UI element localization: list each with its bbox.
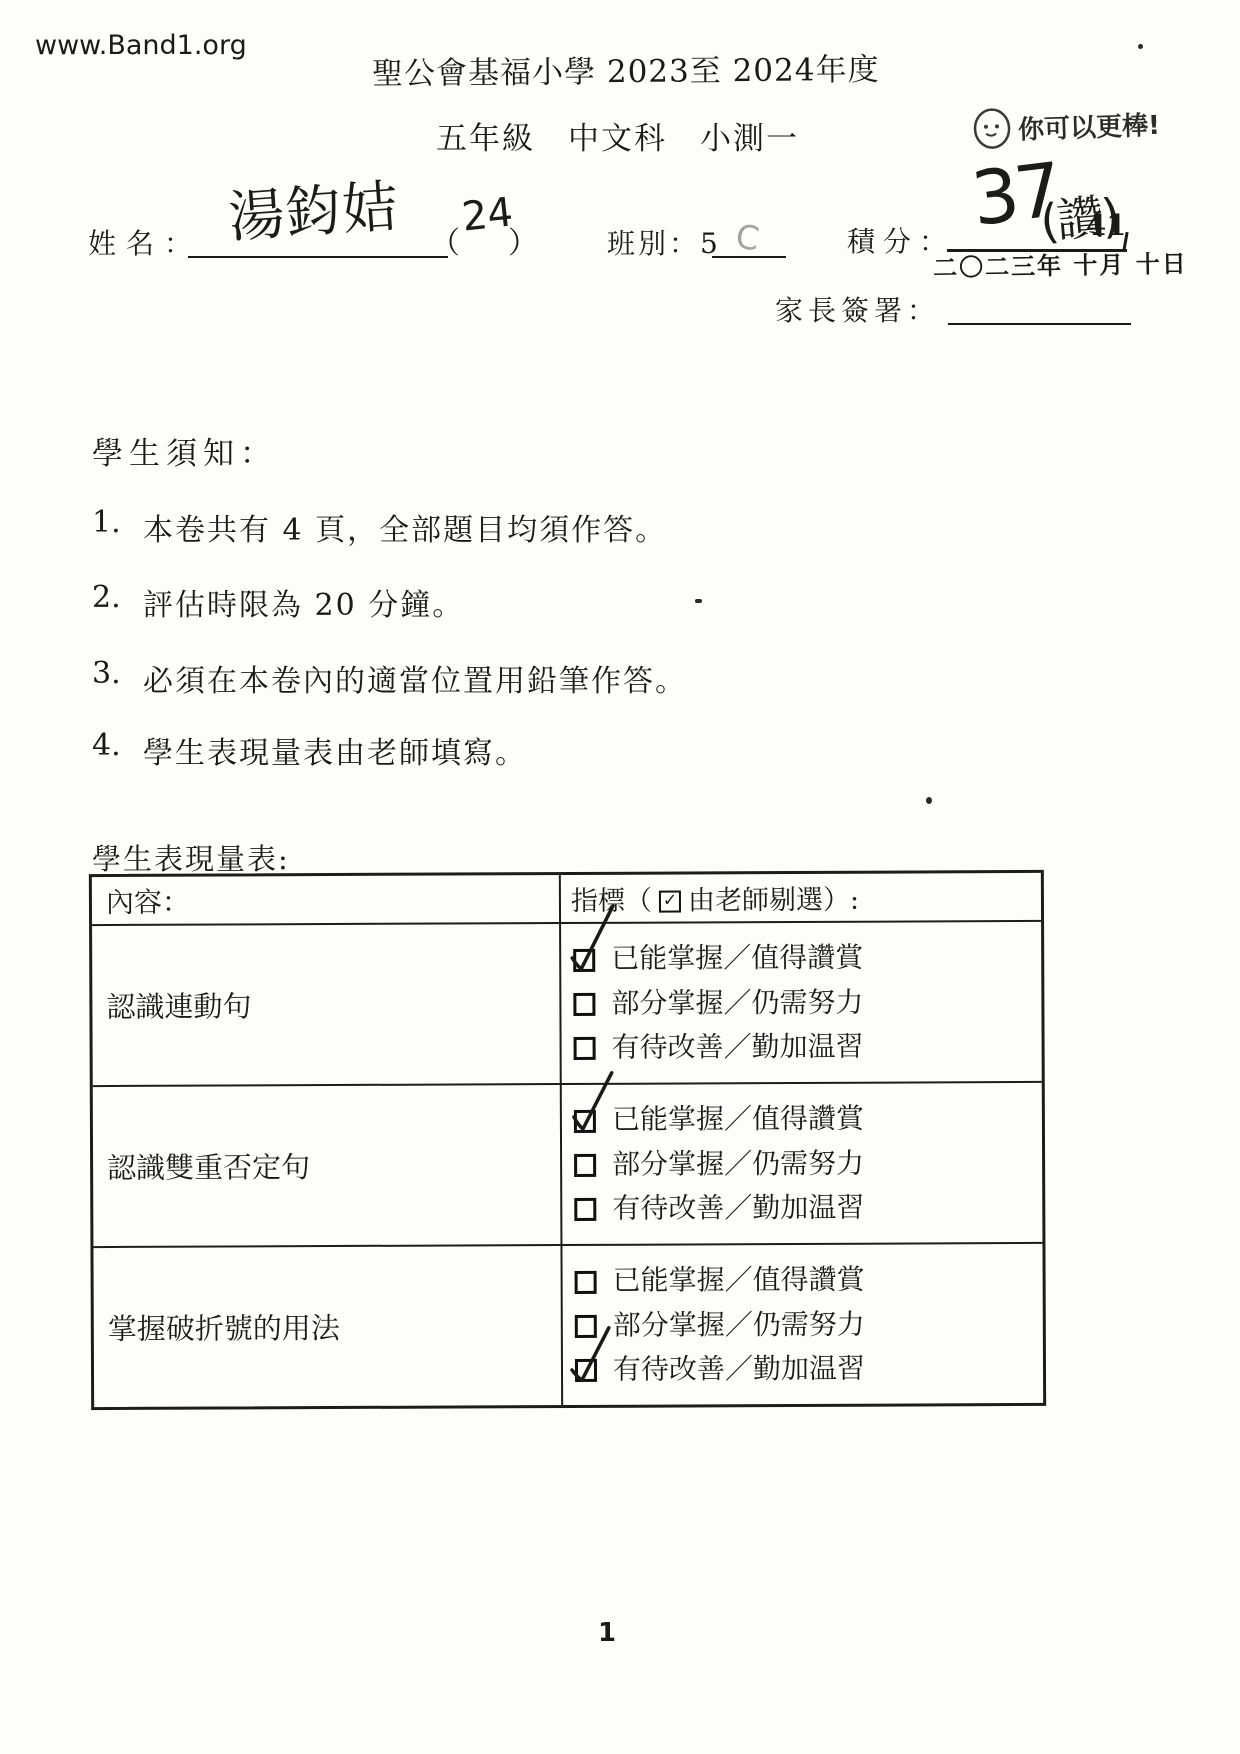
scan-artifact-mark [926, 797, 932, 804]
option-label: 已能掌握／值得讚賞 [611, 936, 863, 977]
handwritten-name: 湯鈞姞 [225, 162, 401, 254]
notice-item-1-number: 1. [92, 505, 121, 540]
option-label: 部分掌握／仍需努力 [611, 980, 863, 1021]
rubric-option: 有待改善／勤加温習 [575, 1349, 1043, 1385]
rubric-option: 部分掌握／仍需努力 [573, 982, 1041, 1018]
student-number-paren-close: ） [508, 218, 538, 262]
rubric-option: 部分掌握／仍需努力 [574, 1143, 1042, 1179]
student-number-paren-open: （ [430, 218, 460, 262]
checkbox-icon [575, 1268, 597, 1291]
option-label: 部分掌握／仍需努力 [612, 1141, 864, 1182]
handwritten-tick-icon [568, 1061, 620, 1137]
parent-signature-label: 家長簽署： [775, 289, 940, 329]
name-underline [188, 256, 448, 258]
checkbox-icon [574, 1151, 596, 1174]
rubric-row-3-label: 掌握破折號的用法 [108, 1306, 340, 1348]
handwritten-tick-icon [567, 900, 619, 976]
notice-item-2-text: 評估時限為 20 分鐘。 [143, 580, 464, 624]
rubric-option: 有待改善／勤加温習 [574, 1027, 1042, 1063]
exam-paper-scan: www.Band1.org 聖公會基福小學 2023至 2024年度 五年級 中… [0, 0, 1240, 1754]
checkbox-icon [575, 1356, 597, 1379]
notice-item-1-text: 本卷共有 4 頁，全部題目均須作答。 [143, 505, 667, 549]
rubric-row-content: 掌握破折號的用法 [93, 1244, 561, 1407]
rubric-option: 已能掌握／值得讚賞 [574, 1099, 1042, 1135]
smiley-face-icon [971, 107, 1012, 150]
rubric-title: 學生表現量表: [92, 837, 290, 878]
notice-item-4-text: 學生表現量表由老師填寫。 [143, 728, 527, 772]
rubric-header-content: 內容： [92, 875, 559, 924]
class-label: 班別：5 [607, 222, 721, 262]
notice-item-4-number: 4. [92, 728, 121, 763]
watermark: www.Band1.org [35, 30, 247, 61]
handwritten-tick-icon [569, 1310, 621, 1386]
notice-item-3-text: 必須在本卷內的適當位置用鉛筆作答。 [143, 656, 687, 700]
rubric-header-indicator: 指標（✓由老師剔選）: [559, 873, 1041, 922]
date-stamp: 二〇二三年 十月 十日 [933, 244, 1188, 283]
option-label: 有待改善／勤加温習 [613, 1346, 865, 1387]
checkbox-icon [574, 1034, 596, 1057]
rubric-option: 部分掌握／仍需努力 [575, 1304, 1043, 1340]
rubric-header-content-label: 內容： [106, 880, 190, 920]
scan-artifact-dash [695, 599, 702, 603]
score-total: 41 [1086, 208, 1126, 242]
rubric-option: 有待改善／勤加温習 [574, 1188, 1042, 1224]
checkbox-icon [573, 990, 595, 1013]
checked-checkbox-icon: ✓ [659, 890, 681, 912]
rubric-row-content: 認識連動句 [92, 922, 560, 1085]
checkbox-icon [574, 1107, 596, 1130]
option-label: 部分掌握／仍需努力 [613, 1302, 865, 1343]
notice-item-2-number: 2. [92, 580, 121, 615]
option-label: 有待改善／勤加温習 [612, 1024, 864, 1065]
indicator-suffix: 由老師剔選）: [688, 878, 859, 918]
rubric-row-3-options: 已能掌握／值得讚賞 部分掌握／仍需努力 有待改善／勤加温習 [560, 1242, 1043, 1405]
stamp-text: 你可以更棒! [1017, 104, 1160, 146]
scan-artifact-dot [1138, 44, 1143, 49]
page-subtitle: 五年級 中文科 小測一 [436, 113, 799, 158]
rubric-row-1-options: 已能掌握／值得讚賞 部分掌握／仍需努力 有待改善／勤加温習 [559, 920, 1042, 1083]
notice-item-3-number: 3. [92, 656, 121, 691]
encouragement-stamp: 你可以更棒! [971, 102, 1160, 151]
handwritten-class: C [733, 216, 762, 258]
option-label: 已能掌握／值得讚賞 [613, 1258, 865, 1299]
rubric-row-2-options: 已能掌握／值得讚賞 部分掌握／仍需努力 有待改善／勤加温習 [560, 1081, 1043, 1244]
rubric-option: 已能掌握／值得讚賞 [573, 938, 1041, 974]
option-label: 已能掌握／值得讚賞 [612, 1097, 864, 1138]
rubric-row-2-label: 認識雙重否定句 [107, 1145, 310, 1187]
option-label: 有待改善／勤加温習 [612, 1185, 864, 1226]
rubric-row-1-label: 認識連動句 [106, 984, 251, 1026]
checkbox-icon [574, 1195, 596, 1218]
rubric-row-content: 認識雙重否定句 [93, 1083, 561, 1246]
rubric-option: 已能掌握／值得讚賞 [575, 1260, 1043, 1296]
parent-signature-underline [948, 323, 1131, 325]
checkbox-icon [573, 946, 595, 969]
handwritten-student-number: 24 [460, 189, 515, 240]
page-number: 1 [598, 1618, 616, 1648]
rubric-table: 內容： 指標（✓由老師剔選）: 認識連動句 已能掌握／值得讚賞 部分掌握／仍需努… [89, 870, 1046, 1410]
page-title: 聖公會基福小學 2023至 2024年度 [372, 44, 880, 93]
notice-title: 學生須知： [92, 428, 277, 473]
name-label: 姓名： [88, 222, 202, 262]
